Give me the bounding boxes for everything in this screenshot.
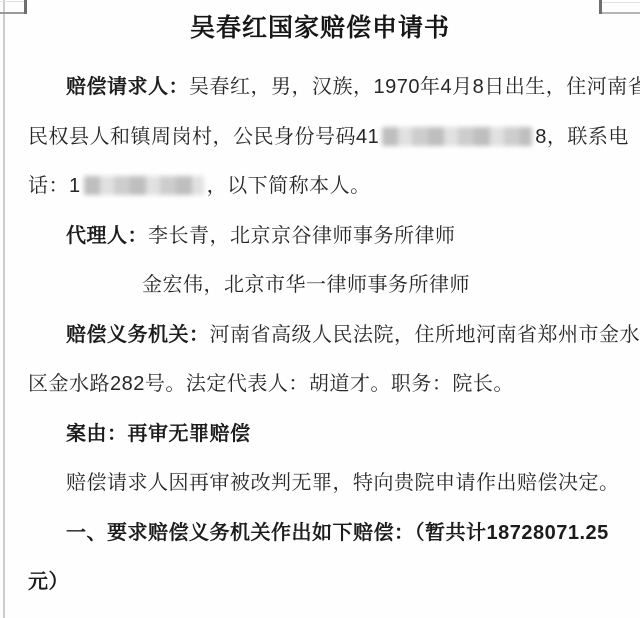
- phone-number-redaction-blur: [84, 176, 204, 195]
- cause-line: 案由：再审无罪赔偿: [0, 410, 640, 460]
- claimant-id-suffix-text: 8，联系电: [535, 126, 629, 148]
- top-left-rule: [0, 12, 26, 14]
- document-title: 吴春红国家赔偿申请书: [0, 0, 640, 63]
- request-intro-text: 赔偿请求人因再审被改判无罪，特向贵院申请作出赔偿决定。: [66, 472, 620, 494]
- claimant-phone-suffix-text: ，以下简称本人。: [207, 175, 371, 197]
- cause-text: 再审无罪赔偿: [128, 423, 251, 445]
- agent-2-text: 金宏伟，北京市华一律师事务所律师: [142, 274, 470, 296]
- section1-line-2: 元）: [0, 558, 640, 608]
- section1-heading-text: 一、要求赔偿义务机关作出如下赔偿：（暂共计18728071.25: [66, 522, 609, 544]
- legal-document-page: 吴春红国家赔偿申请书 赔偿请求人：吴春红，男，汉族，1970年4月8日出生，住河…: [0, 0, 640, 618]
- page-left-edge-line: [3, 0, 5, 618]
- claimant-info-text: 吴春红，男，汉族，1970年4月8日出生，住河南省: [189, 76, 640, 98]
- agent-label: 代理人：: [66, 225, 148, 247]
- claimant-address-text: 民权县人和镇周岗村，公民身份号码41: [28, 126, 379, 148]
- section1-line-1: 一、要求赔偿义务机关作出如下赔偿：（暂共计18728071.25: [0, 509, 640, 559]
- section1-heading-wrap-text: 元）: [28, 571, 69, 593]
- claimant-phone-prefix-text: 话：1: [28, 175, 81, 197]
- agent-line-1: 代理人：李长青，北京京谷律师事务所律师: [0, 212, 640, 262]
- agent-1-text: 李长青，北京京谷律师事务所律师: [148, 225, 456, 247]
- top-right-rule: [602, 12, 640, 14]
- obligor-line-2: 区金水路282号。法定代表人：胡道才。职务：院长。: [0, 360, 640, 410]
- obligor-label: 赔偿义务机关：: [66, 324, 210, 346]
- claimant-line-3: 话：1，以下简称本人。: [0, 162, 640, 212]
- request-intro-line: 赔偿请求人因再审被改判无罪，特向贵院申请作出赔偿决定。: [0, 459, 640, 509]
- obligor-address-text: 区金水路282号。法定代表人：胡道才。职务：院长。: [28, 373, 514, 395]
- claimant-line-1: 赔偿请求人：吴春红，男，汉族，1970年4月8日出生，住河南省: [0, 63, 640, 113]
- top-left-tick: [24, 0, 27, 14]
- obligor-info-text: 河南省高级人民法院，住所地河南省郑州市金水: [210, 324, 640, 346]
- agent-line-2: 金宏伟，北京市华一律师事务所律师: [0, 261, 640, 311]
- cause-label: 案由：: [66, 423, 128, 445]
- top-right-faint-rule: [602, 2, 640, 3]
- top-left-faint-rule: [0, 1, 26, 2]
- id-number-redaction-blur: [382, 127, 532, 146]
- obligor-line-1: 赔偿义务机关：河南省高级人民法院，住所地河南省郑州市金水: [0, 311, 640, 361]
- claimant-label: 赔偿请求人：: [66, 76, 189, 98]
- claimant-line-2: 民权县人和镇周岗村，公民身份号码418，联系电: [0, 113, 640, 163]
